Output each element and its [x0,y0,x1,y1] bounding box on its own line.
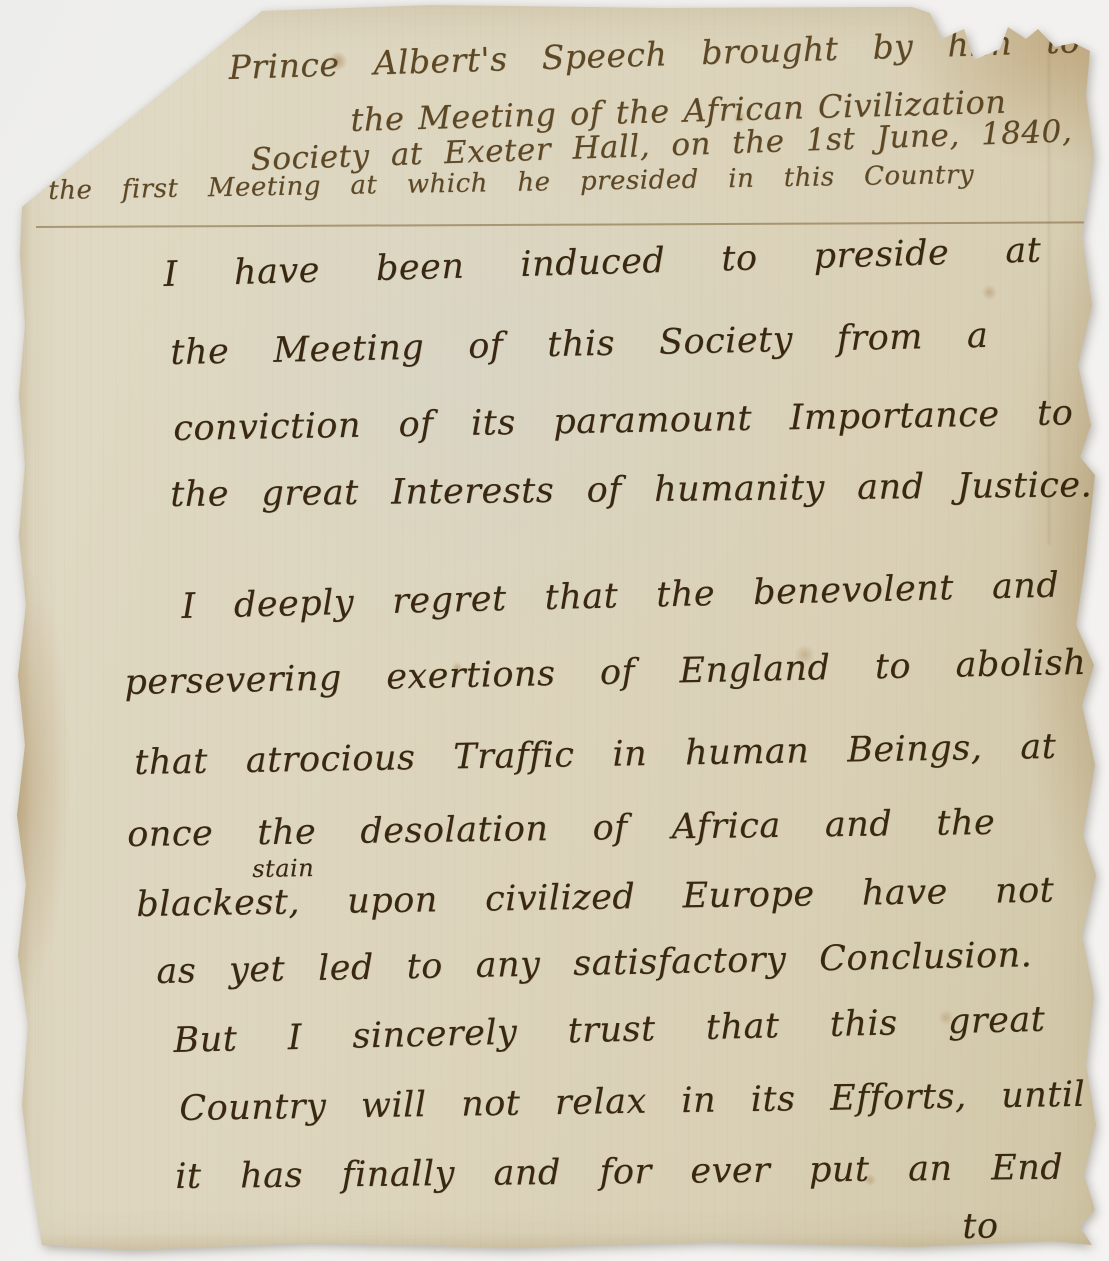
body-p2-line-1: I deeply regret that the benevolent and [181,566,1060,628]
header-line-1: Prince Albert's Speech brought by him to [228,22,1081,87]
header-rule [36,221,1099,227]
fold-crease [1048,5,1050,545]
paper-shadow: Prince Albert's Speech brought by him to… [0,0,1109,1261]
corner-crease [42,0,280,27]
body-p1-line-1: I have been induced to preside at [163,230,1042,295]
body-p2-line-3: that atrocious Traffic in human Beings, … [134,727,1057,783]
body-p2-line-4: once the desolation of Africa and the [127,803,995,855]
body-p2-line-8: Country will not relax in its Efforts, u… [179,1075,1086,1129]
body-p2-line-9: it has finally and for ever put an End [175,1148,1063,1198]
body-p2-line-6: as yet led to any satisfactory Conclusio… [156,935,1033,992]
body-p2-line-7: But I sincerely trust that this great [173,1000,1046,1062]
body-p2-line-2: persevering exertions of England to abol… [124,643,1087,703]
body-p1-line-3: conviction of its paramount Importance t… [173,393,1074,449]
manuscript-page: Prince Albert's Speech brought by him to… [12,5,1098,1255]
document-scan: Prince Albert's Speech brought by him to… [0,0,1109,1261]
body-p1-line-4: the great Interests of humanity and Just… [170,465,1092,515]
interlinear-insertion: stain [252,854,372,884]
header-line-4: the first Meeting at which he presided i… [48,161,974,207]
catchword: to [962,1205,1053,1247]
body-p1-line-2: the Meeting of this Society from a [170,316,989,373]
